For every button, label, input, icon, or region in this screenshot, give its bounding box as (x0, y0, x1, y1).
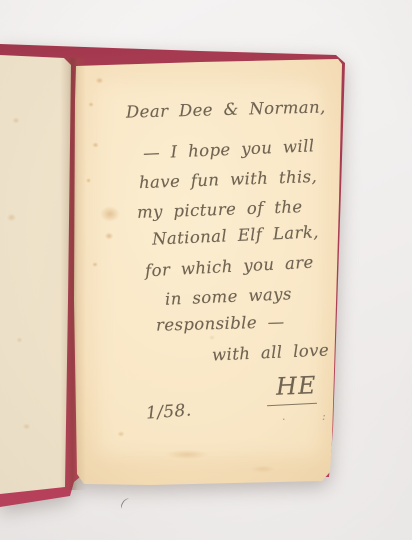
book-gutter-shadow (60, 58, 86, 490)
inscription-line: responsible — (156, 312, 285, 334)
foxing-spot (11, 116, 21, 125)
signature-dots: . : (282, 410, 340, 423)
book-photograph: Dear Dee & Norman, — I hope you will hav… (0, 0, 412, 540)
foxing-spot (96, 203, 124, 225)
foxing-spot (5, 212, 18, 223)
foxing-spot (15, 336, 24, 344)
foxing-spot (91, 261, 99, 268)
foxing-spot (21, 422, 32, 431)
foxing-spot (91, 141, 100, 149)
foxing-spot (103, 231, 115, 241)
foxing-smudge (158, 448, 216, 461)
inscription-date: 1/58. (145, 400, 192, 423)
foxing-spot (87, 101, 95, 108)
foxing-spot (94, 76, 105, 85)
signature-initials: HE (276, 371, 317, 400)
foxing-spot (208, 334, 216, 341)
foxing-spot (116, 430, 126, 438)
stray-hair-speck (120, 497, 133, 511)
open-book: Dear Dee & Norman, — I hope you will hav… (0, 0, 412, 540)
foxing-spot (85, 177, 92, 184)
foxing-smudge (246, 464, 280, 474)
